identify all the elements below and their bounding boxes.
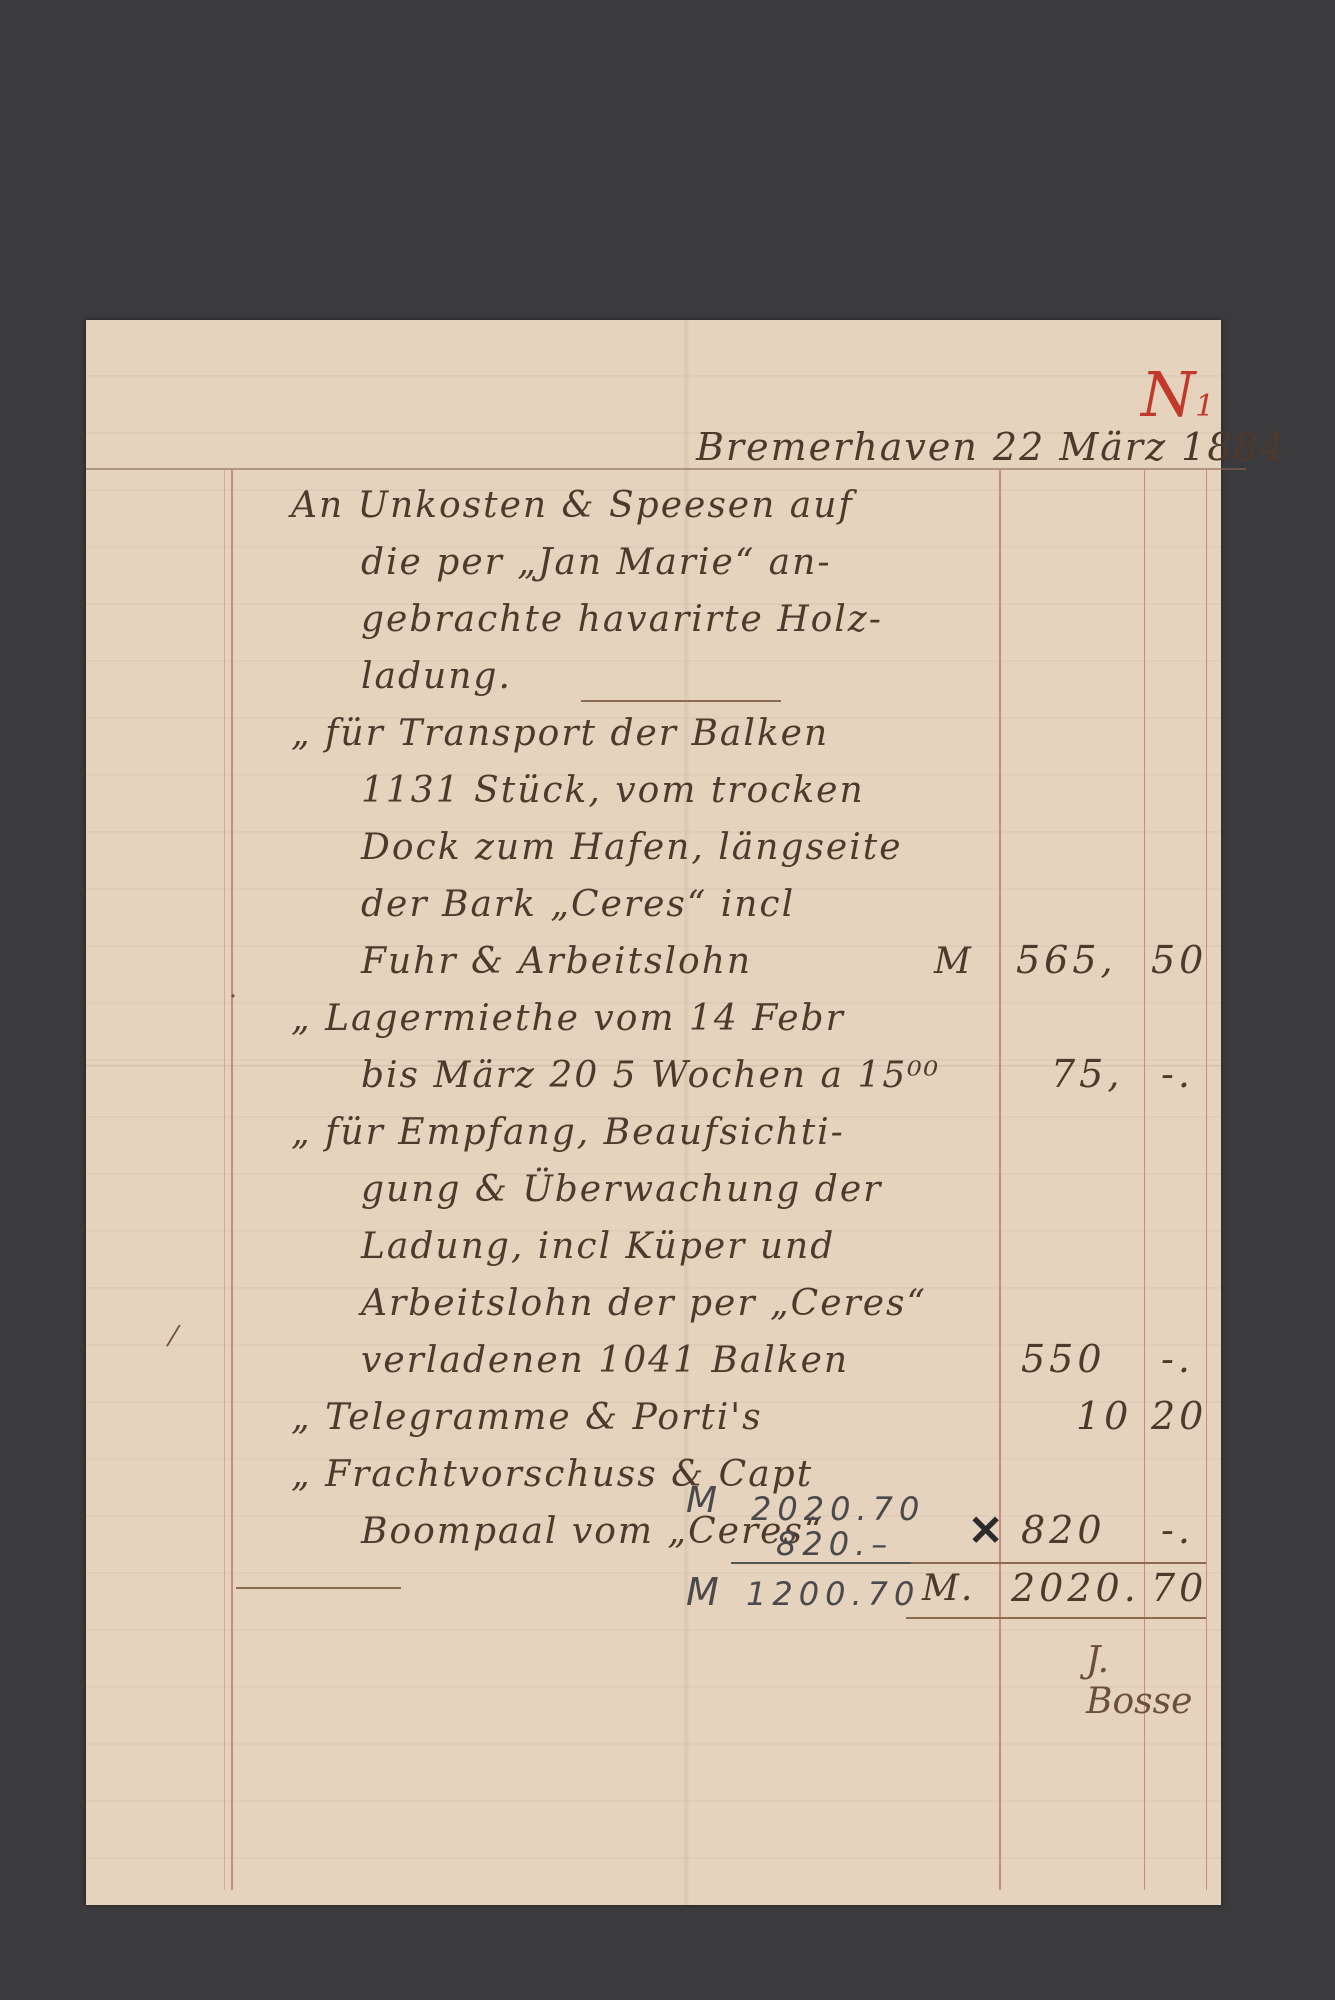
item-3-line-5: verladenen 1041 Balken xyxy=(361,1340,849,1381)
item-2-line-1: „ Lagermiethe vom 14 Febr xyxy=(291,998,845,1039)
left-margin-rule xyxy=(231,470,233,1890)
item-5-pfennig: -. xyxy=(1161,1508,1194,1552)
sum-rule-top xyxy=(906,1562,1206,1564)
item-1-line-4: der Bark „Ceres“ incl xyxy=(361,884,795,925)
pencil-line-2: 820.– xyxy=(776,1525,893,1563)
item-2-pfennig: -. xyxy=(1161,1052,1194,1096)
total-marks: 2020. xyxy=(1011,1566,1140,1610)
item-3-line-2: gung & Überwachung der xyxy=(361,1169,882,1210)
heading-line-3: gebrachte havarirte Holz- xyxy=(361,599,883,640)
pencil-currency: M xyxy=(686,1480,723,1521)
item-3-line-4: Arbeitslohn der per „Ceres“ xyxy=(361,1283,927,1324)
heading-line-2: die per „Jan Marie“ an- xyxy=(361,542,832,583)
number-mark-letter: N xyxy=(1141,358,1195,431)
margin-stroke: ⁄ xyxy=(171,1320,176,1353)
left-closing-rule xyxy=(236,1587,401,1589)
header-rule xyxy=(86,468,1246,470)
item-3-line-1: „ für Empfang, Beaufsichti- xyxy=(291,1112,845,1153)
number-mark-value: 1 xyxy=(1195,389,1214,424)
item-1-marks: 565, xyxy=(1016,938,1117,982)
pencil-result-currency: M xyxy=(686,1570,725,1614)
item-3-line-3: Ladung, incl Küper und xyxy=(361,1226,835,1267)
place-date: Bremerhaven 22 März 1884 xyxy=(696,425,1286,469)
document-number-mark: N1 xyxy=(1141,358,1214,431)
document-page: N1 Bremerhaven 22 März 1884 An Unkosten … xyxy=(86,320,1221,1905)
item-5-marks: 820 xyxy=(1021,1508,1106,1552)
total-currency: M. xyxy=(922,1568,974,1609)
heading-line-1: An Unkosten & Speesen auf xyxy=(291,485,854,526)
item-4-line-1: „ Telegramme & Porti's xyxy=(291,1397,763,1438)
total-pfennig: 70 xyxy=(1151,1566,1207,1610)
item-3-pfennig: -. xyxy=(1161,1337,1194,1381)
item-2-line-2: bis März 20 5 Wochen a 15⁰⁰ xyxy=(361,1055,940,1096)
cross-mark-icon: ✕ xyxy=(968,1506,1003,1555)
item-4-pfennig: 20 xyxy=(1151,1394,1207,1438)
item-2-marks: 75, xyxy=(1051,1052,1123,1096)
heading-line-4: ladung. xyxy=(361,656,512,697)
item-1-line-2: 1131 Stück, vom trocken xyxy=(361,770,865,811)
item-1-line-5: Fuhr & Arbeitslohn xyxy=(361,941,752,982)
pencil-sum-rule xyxy=(731,1562,911,1564)
item-1-line-1: „ für Transport der Balken xyxy=(291,713,829,754)
item-4-marks: 10 xyxy=(1076,1394,1132,1438)
item-3-marks: 550 xyxy=(1021,1337,1106,1381)
pencil-line-1: 2020.70 xyxy=(751,1490,925,1528)
item-5-line-1: „ Frachtvorschuss & Capt xyxy=(291,1454,813,1495)
margin-tick: ˙ xyxy=(226,990,240,1023)
left-margin-rule-2 xyxy=(224,470,225,1890)
item-1-line-3: Dock zum Hafen, längseite xyxy=(361,827,903,868)
item-1-pfennig: 50 xyxy=(1151,938,1207,982)
heading-underline xyxy=(581,700,781,702)
pencil-result: 1200.70 xyxy=(746,1575,920,1613)
heading-text: An Unkosten & Speesen auf xyxy=(291,485,854,526)
signature: J. Bosse xyxy=(1086,1640,1221,1722)
sum-rule-bottom xyxy=(906,1617,1206,1619)
marks-column-rule xyxy=(999,470,1001,1890)
item-1-currency: M xyxy=(934,941,973,982)
